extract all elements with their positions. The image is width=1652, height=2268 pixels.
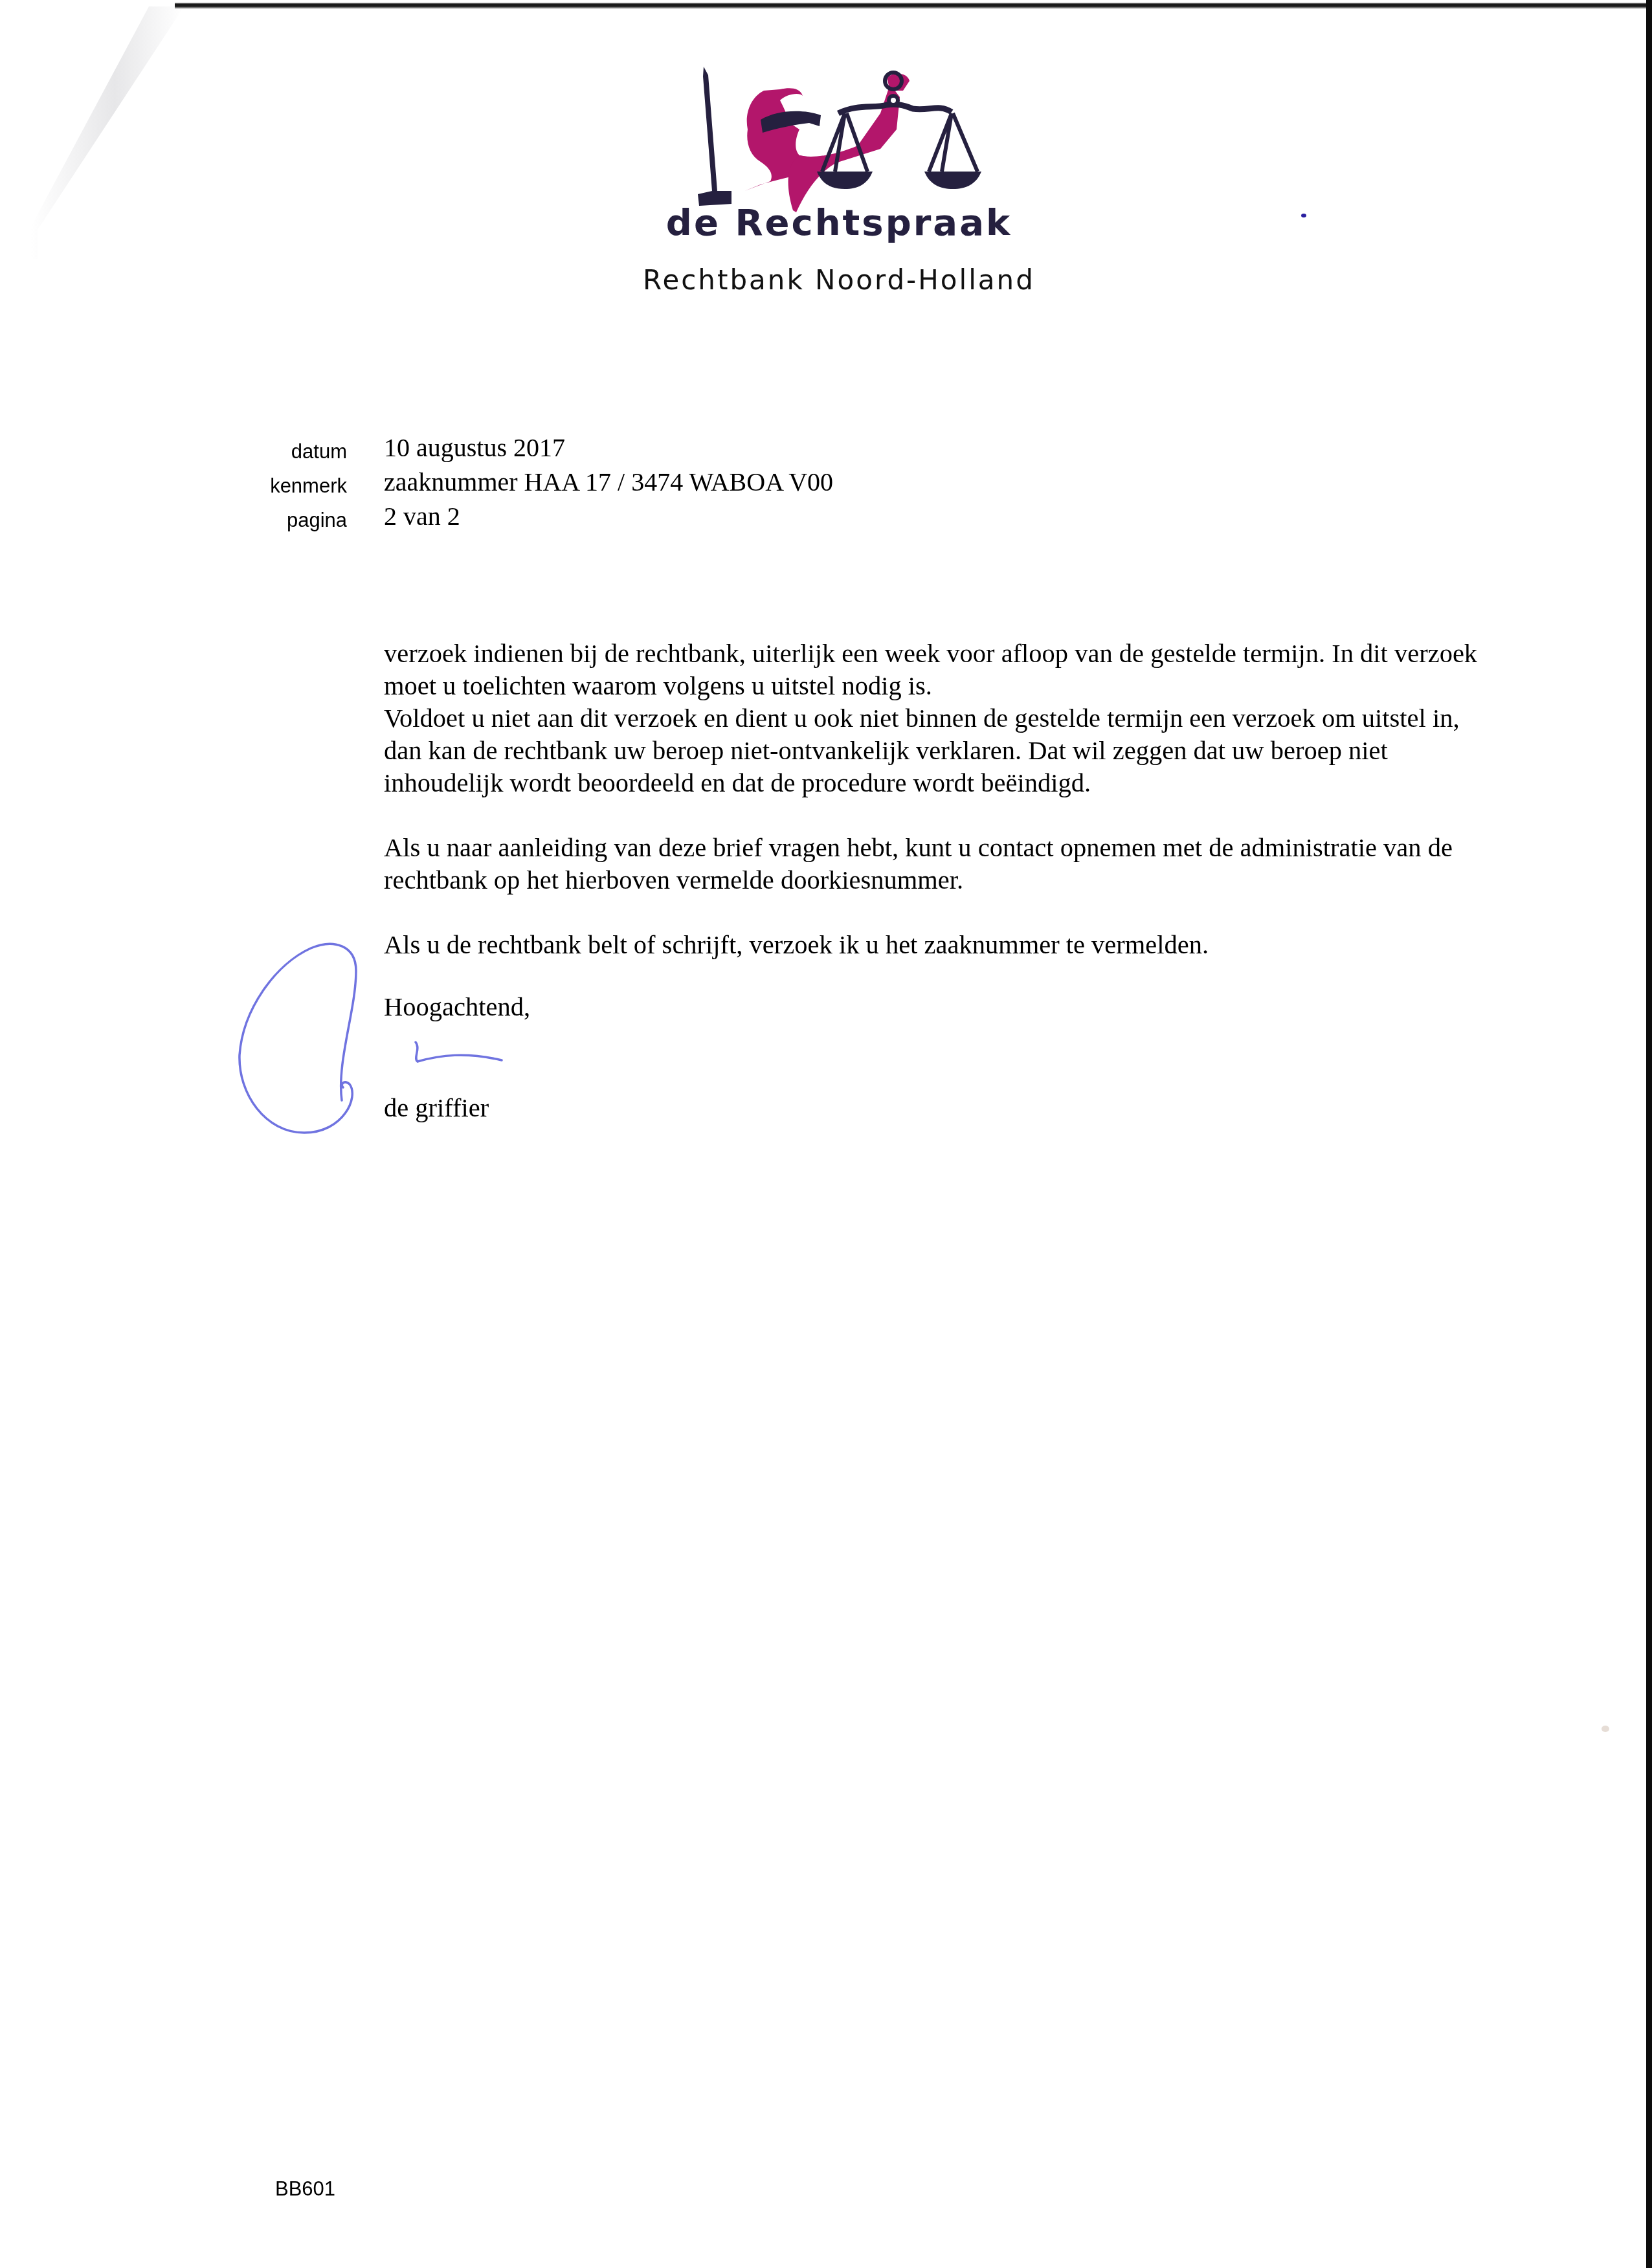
meta-label: kenmerk [153,474,347,498]
scan-right-edge [1646,0,1652,2268]
lady-justice-icon [744,74,910,212]
body-line: rechtbank op het hierboven vermelde door… [384,864,1601,896]
body-line: Als u naar aanleiding van deze brief vra… [384,832,1601,864]
rechtspraak-logo-icon [673,52,997,214]
sword-icon [698,67,731,206]
scan-speck [1602,1726,1609,1732]
closing-signatory: de griffier [384,1093,489,1123]
meta-label: pagina [153,509,347,532]
brand-name: de Rechtspraak [13,202,1652,244]
court-name: Rechtbank Noord-Holland [13,264,1652,296]
body-line: Voldoet u niet aan dit verzoek en dient … [384,702,1601,735]
form-code: BB601 [275,2177,335,2201]
letter-body: verzoek indienen bij de rechtbank, uiter… [384,638,1601,961]
body-line: moet u toelichten waarom volgens u uitst… [384,670,1601,702]
body-line: inhoudelijk wordt beoordeeld en dat de p… [384,767,1601,799]
meta-value-date: 10 augustus 2017 [384,432,565,463]
scan-speck [1301,214,1306,217]
body-line: dan kan de rechtbank uw beroep niet-ontv… [384,735,1601,767]
body-line: verzoek indienen bij de rechtbank, uiter… [384,638,1601,670]
body-line: Als u de rechtbank belt of schrijft, ver… [384,929,1601,961]
scan-top-edge [175,0,1652,9]
meta-value-page: 2 van 2 [384,501,460,531]
meta-label: datum [153,440,347,463]
meta-value-case-number: zaaknummer HAA 17 / 3474 WABOA V00 [384,467,833,497]
